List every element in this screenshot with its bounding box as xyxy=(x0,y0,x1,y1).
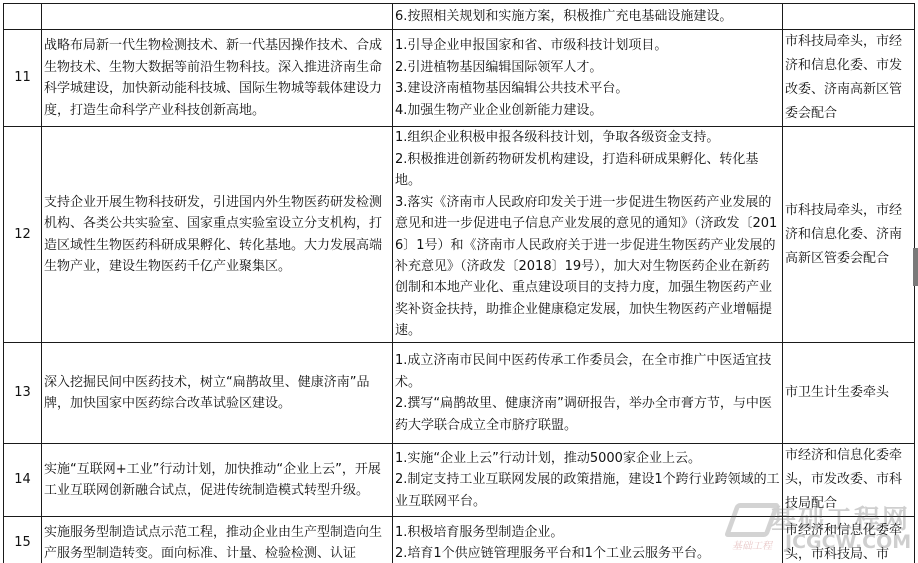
row-number: 12 xyxy=(4,127,42,343)
measure-item: 4.加强生物产业企业创新能力建设。 xyxy=(395,100,780,122)
measure-item: 2.制定支持工业互联网发展的政策措施，建设1个跨行业跨领域的工业互联网平台。 xyxy=(395,469,780,512)
table-row: 13 深入挖掘民间中医药技术，树立“扁鹊故里、健康济南”品牌，加快国家中医药综合… xyxy=(4,343,915,444)
table-row: 11 战略布局新一代生物检测技术、新一代基因操作技术、合成生物技术、生物大数据等… xyxy=(4,30,915,127)
measure-item: 1.实施“企业上云”行动计划，推动5000家企业上云。 xyxy=(395,448,780,470)
measures-cell: 1.成立济南市民间中医药传承工作委员会，在全市推广中医适宜技术。 2.撰写“扁鹊… xyxy=(393,343,783,444)
measures-cell: 1.积极培育服务型制造企业。 2.培育1个供应链管理服务平台和1个工业云服务平台… xyxy=(393,517,783,563)
responsible-dept: 市科技局牵头，市经济和信息化委、济南高新区管委会配合 xyxy=(783,127,915,343)
measure-item: 3.建设济南植物基因编辑公共技术平台。 xyxy=(395,78,780,100)
side-scroll-tab[interactable] xyxy=(913,248,918,286)
measure-item: 2.引进植物基因编辑国际领军人才。 xyxy=(395,57,780,79)
table-row: 15 实施服务型制造试点示范工程，推动企业由生产型制造向生产服务型制造转变。面向… xyxy=(4,517,915,563)
task-description: 实施“互联网+工业”行动计划，加快推动“企业上云”，开展工业互联网创新融合试点，… xyxy=(42,444,393,517)
task-description: 战略布局新一代生物检测技术、新一代基因操作技术、合成生物技术、生物大数据等前沿生… xyxy=(42,30,393,127)
task-description: 实施服务型制造试点示范工程，推动企业由生产型制造向生产服务型制造转变。面向标准、… xyxy=(42,517,393,563)
measures-cell: 1.引导企业申报国家和省、市级科技计划项目。 2.引进植物基因编辑国际领军人才。… xyxy=(393,30,783,127)
row-number: 14 xyxy=(4,444,42,517)
measure-item: 1.组织企业积极申报各级科技计划，争取各级资金支持。 xyxy=(395,127,780,148)
responsible-dept: 市科技局牵头，市经济和信息化委、市发改委、济南高新区管委会配合 xyxy=(783,30,915,127)
measure-item: 1.积极培育服务型制造企业。 xyxy=(395,522,780,544)
row-number xyxy=(4,4,42,30)
measures-cell: 1.实施“企业上云”行动计划，推动5000家企业上云。 2.制定支持工业互联网发… xyxy=(393,444,783,517)
responsible-dept: 市经济和信息化委牵头，市发改委、市科技局配合 xyxy=(783,444,915,517)
measure-item: 1.引导企业申报国家和省、市级科技计划项目。 xyxy=(395,35,780,57)
measures-cell: 1.组织企业积极申报各级科技计划，争取各级资金支持。 2.积极推进创新药物研发机… xyxy=(393,127,783,343)
row-number: 13 xyxy=(4,343,42,444)
table-row: 14 实施“互联网+工业”行动计划，加快推动“企业上云”，开展工业互联网创新融合… xyxy=(4,444,915,517)
measure-item: 2.撰写“扁鹊故里、健康济南”调研报告，举办全市膏方节，与中医药大学联合成立全市… xyxy=(395,393,780,436)
task-description xyxy=(42,4,393,30)
responsible-dept xyxy=(783,4,915,30)
measure-item: 3.落实《济南市人民政府印发关于进一步促进生物医药产业发展的意见和进一步促进电子… xyxy=(395,192,780,342)
measures-cell: 6.按照相关规划和实施方案，积极推广充电基础设施建设。 xyxy=(393,4,783,30)
measure-item: 6.按照相关规划和实施方案，积极推广充电基础设施建设。 xyxy=(395,6,780,28)
policy-task-table: 6.按照相关规划和实施方案，积极推广充电基础设施建设。 11 战略布局新一代生物… xyxy=(3,3,915,563)
responsible-dept: 市卫生计生委牵头 xyxy=(783,343,915,444)
task-description: 支持企业开展生物科技研发，引进国内外生物医药研发检测机构、各类公共实验室、国家重… xyxy=(42,127,393,343)
task-description: 深入挖掘民间中医药技术，树立“扁鹊故里、健康济南”品牌，加快国家中医药综合改革试… xyxy=(42,343,393,444)
table-row: 6.按照相关规划和实施方案，积极推广充电基础设施建设。 xyxy=(4,4,915,30)
responsible-dept: 市经济和信息化委牵头，市科技局、市 xyxy=(783,517,915,563)
measure-item: 2.积极推进创新药物研发机构建设，打造科研成果孵化、转化基地。 xyxy=(395,149,780,192)
measure-item: 2.培育1个供应链管理服务平台和1个工业云服务平台。 xyxy=(395,543,780,563)
measure-item: 1.成立济南市民间中医药传承工作委员会，在全市推广中医适宜技术。 xyxy=(395,350,780,393)
table-row: 12 支持企业开展生物科技研发，引进国内外生物医药研发检测机构、各类公共实验室、… xyxy=(4,127,915,343)
row-number: 15 xyxy=(4,517,42,563)
row-number: 11 xyxy=(4,30,42,127)
